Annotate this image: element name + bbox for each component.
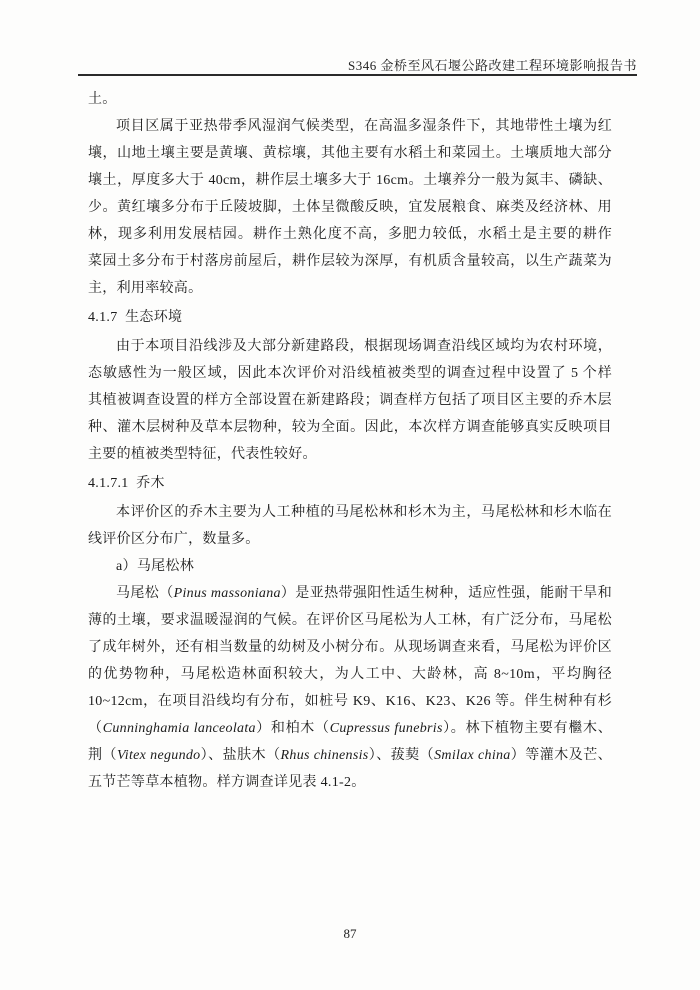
paragraph: 本评价区的乔木主要为人工种植的马尾松林和杉木为主，马尾松林和杉木临在沿线评价区分… xyxy=(88,499,612,553)
text-segment: 少。黄红壤多分布于丘陵坡脚，土体呈微酸反映，宜发展粮食、麻类及经济林、用材 xyxy=(88,200,612,221)
text-segment: 的优势物种，马尾松造林面积较大，为人工中、大龄林，高 8~10m，平均胸径 xyxy=(88,667,612,682)
text-line: 林，现多利用发展桔园。耕作土熟化度不高，多肥力较低，水稻土是主要的耕作土； xyxy=(88,221,612,248)
text-segment: 4.1.7.1 乔木 xyxy=(88,476,165,491)
text-line: 主要的植被类型特征，代表性较好。 xyxy=(88,441,612,468)
text-segment: 线评价区分布广，数量多。 xyxy=(88,532,260,547)
paragraph: a）马尾松林 xyxy=(88,553,612,580)
page-number: 87 xyxy=(0,926,700,942)
text-segment: 态敏感性为一般区域，因此本次评价对沿线植被类型的调查过程中设置了 5 个样方， xyxy=(88,366,612,387)
text-line: 4.1.7 生态环境 xyxy=(88,304,612,331)
document-body: 土。项目区属于亚热带季风湿润气候类型，在高温多湿条件下，其地带性土壤为红壤，山地… xyxy=(88,86,612,796)
text-segment: ）和柏木（ xyxy=(256,721,330,736)
section-heading: 4.1.7 生态环境 xyxy=(88,302,612,333)
text-segment: 薄的土壤，要求温暖湿润的气候。在评价区马尾松为人工林，有广泛分布，马尾松除 xyxy=(88,613,612,634)
text-line: 壤，山地土壤主要是黄壤、黄棕壤，其他主要有水稻土和菜园土。土壤质地大部分为 xyxy=(88,140,612,167)
text-segment: （ xyxy=(88,721,103,736)
text-segment: 主，利用率较高。 xyxy=(88,281,202,296)
species-latin-name: Vitex negundo xyxy=(117,748,201,763)
paragraph: 由于本项目沿线涉及大部分新建路段，根据现场调查沿线区域均为农村环境，生态敏感性为… xyxy=(88,333,612,468)
text-segment: a）马尾松林 xyxy=(116,559,194,574)
text-segment: 马尾松（ xyxy=(116,586,174,601)
text-line: 了成年树外，还有相当数量的幼树及小树分布。从现场调查来看，马尾松为评价区内 xyxy=(88,634,612,661)
text-segment: ）、盐肤木（ xyxy=(200,748,280,763)
text-line: 主，利用率较高。 xyxy=(88,275,612,302)
text-line: 项目区属于亚热带季风湿润气候类型，在高温多湿条件下，其地带性土壤为红 xyxy=(88,113,612,140)
text-line: 态敏感性为一般区域，因此本次评价对沿线植被类型的调查过程中设置了 5 个样方， xyxy=(88,360,612,387)
text-line: a）马尾松林 xyxy=(88,553,612,580)
text-line: 菜园土多分布于村落房前屋后，耕作层较为深厚，有机质含量较高，以生产蔬菜为 xyxy=(88,248,612,275)
page-header-title: S346 金桥至风石堰公路改建工程环境影响报告书 xyxy=(348,55,637,74)
text-segment: 主要的植被类型特征，代表性较好。 xyxy=(88,447,317,462)
text-segment: 荆（ xyxy=(88,748,117,763)
header-rule xyxy=(78,74,637,76)
text-line: 由于本项目沿线涉及大部分新建路段，根据现场调查沿线区域均为农村环境，生 xyxy=(88,333,612,360)
text-line: 马尾松（Pinus massoniana）是亚热带强阳性适生树种，适应性强，能耐… xyxy=(88,580,612,607)
text-line: 的优势物种，马尾松造林面积较大，为人工中、大龄林，高 8~10m，平均胸径 xyxy=(88,661,612,688)
text-line: 薄的土壤，要求温暖湿润的气候。在评价区马尾松为人工林，有广泛分布，马尾松除 xyxy=(88,607,612,634)
text-segment: 由于本项目沿线涉及大部分新建路段，根据现场调查沿线区域均为农村环境，生 xyxy=(88,339,612,360)
text-line: 10~12cm，在项目沿线均有分布，如桩号 K9、K16、K23、K26 等。伴… xyxy=(88,688,612,715)
report-page: S346 金桥至风石堰公路改建工程环境影响报告书 土。项目区属于亚热带季风湿润气… xyxy=(0,0,700,990)
text-segment: 壤土，厚度多大于 40cm，耕作层土壤多大于 16cm。土壤养分一般为氮丰、磷缺… xyxy=(88,173,612,194)
text-segment: 4.1.7 生态环境 xyxy=(88,310,182,325)
text-segment: ）等灌木及芒、 xyxy=(511,748,612,763)
paragraph: 马尾松（Pinus massoniana）是亚热带强阳性适生树种，适应性强，能耐… xyxy=(88,580,612,796)
paragraph: 土。 xyxy=(88,86,612,113)
text-line: 种、灌木层树种及草本层物种，较为全面。因此，本次样方调查能够真实反映项目区 xyxy=(88,414,612,441)
text-segment: ）、菝葜（ xyxy=(369,748,435,763)
text-segment: 土。 xyxy=(88,92,117,107)
text-segment: 10~12cm，在项目沿线均有分布，如桩号 K9、K16、K23、K26 等。伴… xyxy=(88,694,612,715)
text-segment: 壤，山地土壤主要是黄壤、黄棕壤，其他主要有水稻土和菜园土。土壤质地大部分为 xyxy=(88,146,612,167)
text-segment: 本评价区的乔木主要为人工种植的马尾松林和杉木为主，马尾松林和杉木临在沿 xyxy=(88,505,612,526)
text-line: 线评价区分布广，数量多。 xyxy=(88,526,612,553)
text-line: 土。 xyxy=(88,86,612,113)
text-segment: 种、灌木层树种及草本层物种，较为全面。因此，本次样方调查能够真实反映项目区 xyxy=(88,420,612,441)
species-latin-name: Cunninghamia lanceolata xyxy=(103,721,256,736)
text-line: 少。黄红壤多分布于丘陵坡脚，土体呈微酸反映，宜发展粮食、麻类及经济林、用材 xyxy=(88,194,612,221)
species-latin-name: Pinus massoniana xyxy=(174,586,281,601)
text-segment: 其植被调查设置的样方全部设置在新建路段；调查样方包括了项目区主要的乔木层树 xyxy=(88,393,612,414)
text-line: 荆（Vitex negundo）、盐肤木（Rhus chinensis）、菝葜（… xyxy=(88,742,612,769)
text-segment: 五节芒等草本植物。样方调查详见表 4.1-2。 xyxy=(88,775,366,790)
text-line: 本评价区的乔木主要为人工种植的马尾松林和杉木为主，马尾松林和杉木临在沿 xyxy=(88,499,612,526)
text-line: 壤土，厚度多大于 40cm，耕作层土壤多大于 16cm。土壤养分一般为氮丰、磷缺… xyxy=(88,167,612,194)
text-segment: 菜园土多分布于村落房前屋后，耕作层较为深厚，有机质含量较高，以生产蔬菜为 xyxy=(88,254,612,269)
text-line: 其植被调查设置的样方全部设置在新建路段；调查样方包括了项目区主要的乔木层树 xyxy=(88,387,612,414)
text-line: 4.1.7.1 乔木 xyxy=(88,470,612,497)
section-heading: 4.1.7.1 乔木 xyxy=(88,468,612,499)
species-latin-name: Smilax china xyxy=(434,748,511,763)
text-segment: 项目区属于亚热带季风湿润气候类型，在高温多湿条件下，其地带性土壤为红 xyxy=(116,119,612,134)
paragraph: 项目区属于亚热带季风湿润气候类型，在高温多湿条件下，其地带性土壤为红壤，山地土壤… xyxy=(88,113,612,302)
text-segment: 林，现多利用发展桔园。耕作土熟化度不高，多肥力较低，水稻土是主要的耕作土； xyxy=(88,227,612,248)
species-latin-name: Cupressus funebris xyxy=(330,721,443,736)
text-segment: 了成年树外，还有相当数量的幼树及小树分布。从现场调查来看，马尾松为评价区内 xyxy=(88,640,612,661)
text-line: （Cunninghamia lanceolata）和柏木（Cupressus f… xyxy=(88,715,612,742)
text-line: 五节芒等草本植物。样方调查详见表 4.1-2。 xyxy=(88,769,612,796)
species-latin-name: Rhus chinensis xyxy=(281,748,369,763)
